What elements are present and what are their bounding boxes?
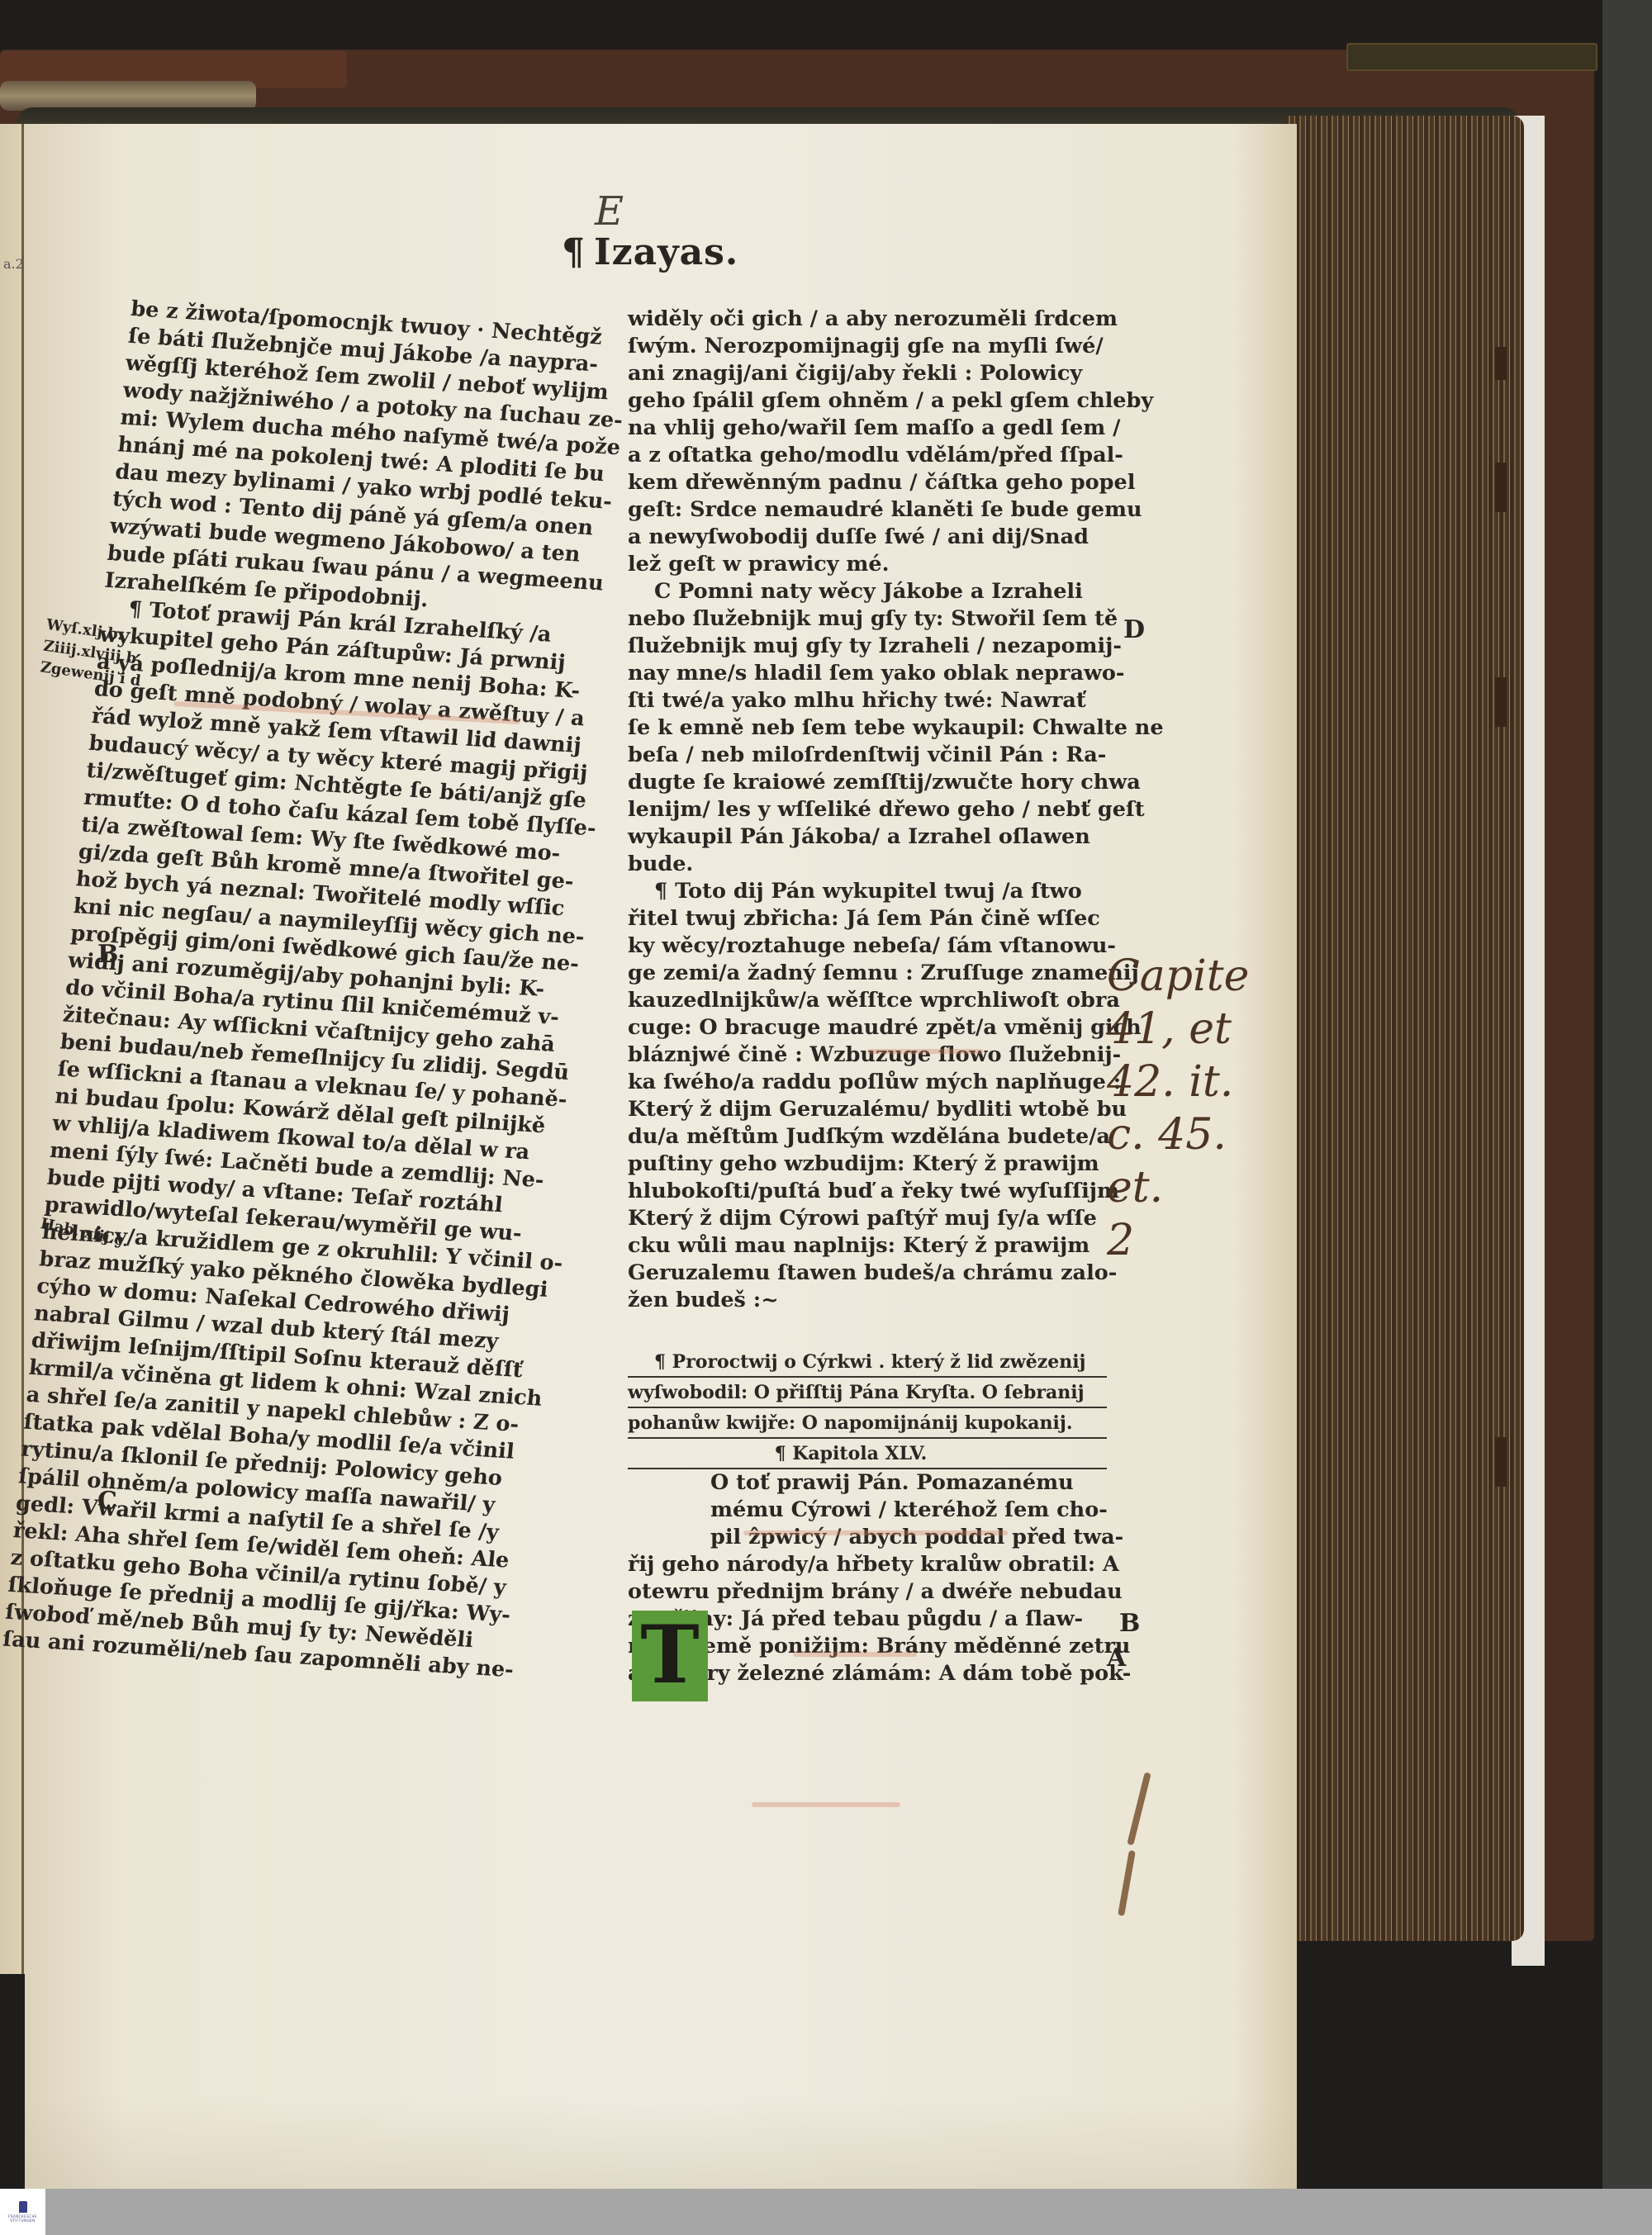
- red-underline: [752, 1802, 900, 1807]
- margin-section-letter: B: [97, 940, 118, 969]
- handwritten-letter: E: [595, 188, 624, 235]
- red-underline: [793, 1652, 917, 1657]
- page-fore-edge: [1284, 116, 1524, 1941]
- text-line: lenijm/ les y wſſeliké dřewo geho / nebť…: [628, 796, 1107, 823]
- chapter-summary-line: ¶ Proroctwij o Cýrkwi . který ž lid zwěz…: [628, 1349, 1107, 1378]
- thumb-tab: [1495, 347, 1507, 380]
- text-line: nay mne/s hladil ſem yako oblak neprawo-: [628, 660, 1107, 687]
- viewer-footer-bar: [0, 2189, 1652, 2235]
- text-line: bláznjwé čině : Wzbuzuge ſlowo ſlužebnij…: [628, 1042, 1107, 1069]
- text-line: kem dřewěnným padnu / čáſtka geho popel: [628, 469, 1107, 496]
- text-line: O toť prawij Pán. Pomazanému: [628, 1469, 1107, 1497]
- text-line: geho ſpálil gſem ohněm / a pekl gſem chl…: [628, 387, 1107, 415]
- text-line: C Pomni naty wěcy Jákobe a Izraheli: [628, 578, 1107, 605]
- cover-clasp: [1346, 43, 1597, 71]
- margin-cross-reference: Wyſ.xlj.b. Ziiij.xlviij b Zgewenij i d: [39, 615, 148, 692]
- text-line: řitel twuj zbřicha: Já ſem Pán čině wſſe…: [628, 905, 1107, 932]
- text-line: na vhlij geho/wařil ſem maſſo a gedl ſem…: [628, 415, 1107, 442]
- margin-section-letter: C: [97, 1487, 117, 1516]
- text-line: dugte ſe kraiowé zemſſtij/zwučte hory ch…: [628, 769, 1107, 796]
- logo-figure-icon: [19, 2201, 27, 2213]
- text-line: ge zemi/a žadný ſemnu : Zruſſuge znameni…: [628, 960, 1107, 987]
- text-line: Který ž dijm Geruzalému/ bydliti wtobě b…: [628, 1096, 1107, 1123]
- chapter-summary-line: pohanůw kwijře: O napomijnánij kupokanij…: [628, 1410, 1107, 1439]
- text-line: ¶ Toto dij Pán wykupitel twuj /a ſtwo: [628, 878, 1107, 905]
- running-head-title: Izayas.: [594, 231, 738, 273]
- text-line: beſa / neb miloſrdenſtwij včinil Pán : R…: [628, 742, 1107, 769]
- text-line: puſtiny geho wzbudijm: Který ž prawijm: [628, 1151, 1107, 1178]
- text-line: mému Cýrowi / kteréhož ſem cho-: [628, 1497, 1107, 1524]
- institution-logo: FRANCKESCHE STIFTUNGEN: [0, 2189, 45, 2235]
- running-head: ¶Izayas.: [562, 231, 738, 273]
- text-line: bude.: [628, 851, 1107, 878]
- text-line: a newyſwobodij duſſe ſwé / ani dij/Snad: [628, 524, 1107, 551]
- text-line: ſwým. Nerozpomijnagij gſe na myſli ſwé/: [628, 333, 1107, 360]
- text-line: žen budeš :~: [628, 1287, 1107, 1314]
- headband: [0, 81, 256, 111]
- text-line: ſti twé/a yako mlhu hřichy twé: Nawrať: [628, 687, 1107, 714]
- margin-section-letter: B: [1119, 1609, 1140, 1638]
- text-line: geſt: Srdce nemaudré klaněti ſe bude gem…: [628, 496, 1107, 524]
- handwritten-margin-note: Capite 41, et 42. it. c. 45. et. 2: [1107, 950, 1249, 1267]
- red-underline: [743, 1530, 1008, 1535]
- thumb-tab: [1495, 677, 1507, 727]
- text-line: ka ſwého/a raddu poſlůw mých naplňuge :: [628, 1069, 1107, 1096]
- thumb-tab: [1495, 1437, 1507, 1487]
- text-line: cuge: O bracuge maudré zpět/a vměnij gic…: [628, 1014, 1107, 1042]
- text-line: nebo ſlužebnijk muj gſy ty: Stwořil ſem …: [628, 605, 1107, 633]
- text-line: ani znagij/ani čigij/aby řekli : Polowic…: [628, 360, 1107, 387]
- text-line: otewru přednijm brány / a dwéře nebudau: [628, 1578, 1107, 1606]
- text-line: Který ž dijm Cýrowi paſtýř muj ſy/a wſſe: [628, 1205, 1107, 1232]
- margin-section-letter: D: [1123, 615, 1145, 644]
- chapter-summary-line: wyſwobodil: O přiſſtij Pána Kryſta. O ſe…: [628, 1379, 1107, 1408]
- spacer: [628, 1314, 1107, 1349]
- text-line: lež geſt w prawicy mé.: [628, 551, 1107, 578]
- text-line: ky wěcy/roztahuge nebeſa/ ſám vſtanowu-: [628, 932, 1107, 960]
- text-line: řij geho národy/a hřbety kralůw obratil:…: [628, 1551, 1107, 1578]
- thumb-tab: [1495, 463, 1507, 512]
- red-underline: [867, 1049, 983, 1054]
- text-line: ſlužebnijk muj gſy ty Izraheli / nezapom…: [628, 633, 1107, 660]
- text-line: wykaupil Pán Jákoba/ a Izrahel oſlawen: [628, 823, 1107, 851]
- text-line: pil ẑpwicý / abych poddal před twa-: [628, 1524, 1107, 1551]
- chapter-heading: ¶ Kapitola XLV.: [628, 1440, 1107, 1469]
- text-line: cku wůli mau naplnijs: Který ž prawijm: [628, 1232, 1107, 1260]
- margin-section-letter: A: [1107, 1644, 1126, 1673]
- decorated-initial-T: T: [632, 1611, 708, 1701]
- text-line: du/a měſtům Judſkým wzdělána budete/a: [628, 1123, 1107, 1151]
- text-line: widěly oči gich / a aby nerozuměli ſrdce…: [628, 306, 1107, 333]
- text-line: a z oſtatka geho/modlu vdělám/před ſſpal…: [628, 442, 1107, 469]
- gutter: [21, 124, 24, 1974]
- text-line: kauzedlnijkůw/a wěſſtce wprchliwoſt obra: [628, 987, 1107, 1014]
- scan-background-right: [1602, 0, 1652, 2189]
- text-column-right: widěly oči gich / a aby nerozuměli ſrdce…: [628, 306, 1107, 1687]
- text-line: hlubokoſti/puſtá buď a řeky twé wyſuſſij…: [628, 1178, 1107, 1205]
- text-line: Geruzalemu ſtawen budeš/a chrámu zalo-: [628, 1260, 1107, 1287]
- text-line: ſe k emně neb ſem tebe wykaupil: Chwalte…: [628, 714, 1107, 742]
- pilcrow-icon: ¶: [562, 231, 586, 273]
